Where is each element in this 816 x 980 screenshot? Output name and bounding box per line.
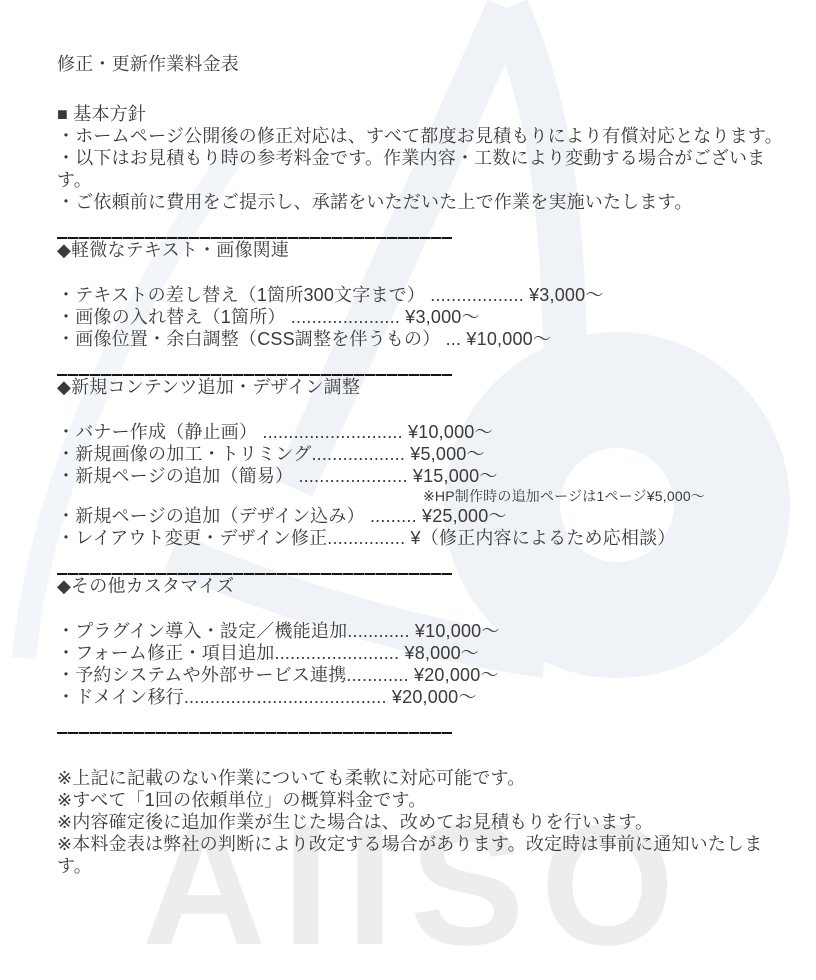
section-minor-text-image: ◆軽微なテキスト・画像関連 ・テキストの差し替え（1箇所300文字まで） ...… [57, 239, 796, 350]
price-item: ・画像位置・余白調整（CSS調整を伴うもの） ... ¥10,000～ [57, 328, 796, 350]
footer-note: ※すべて「1回の依頼単位」の概算料金です。 [57, 789, 796, 811]
footer-notes-section: ※上記に記載のない作業についても柔軟に対応可能です。 ※すべて「1回の依頼単位」… [57, 767, 796, 877]
policy-line: ・以下はお見積もり時の参考料金です。作業内容・工数により変動する場合がございます… [57, 147, 796, 191]
footer-note: ※内容確定後に追加作業が生じた場合は、改めてお見積もりを行います。 [57, 811, 796, 833]
document-content: 修正・更新作業料金表 ■ 基本方針 ・ホームページ公開後の修正対応は、すべて都度… [0, 0, 816, 877]
price-item: ・プラグイン導入・設定／機能追加............ ¥10,000～ [57, 620, 796, 642]
price-item: ・レイアウト変更・デザイン修正............... ¥（修正内容による… [57, 527, 796, 549]
price-list: ・プラグイン導入・設定／機能追加............ ¥10,000～ ・フ… [57, 620, 796, 708]
price-item: ・新規ページの追加（簡易） ..................... ¥15,… [57, 465, 796, 487]
section-heading: ◆新規コンテンツ追加・デザイン調整 [57, 376, 796, 398]
section-divider [57, 732, 452, 734]
section-other-customize: ◆その他カスタマイズ ・プラグイン導入・設定／機能追加............ … [57, 575, 796, 708]
price-item: ・新規ページの追加（デザイン込み） ......... ¥25,000～ [57, 505, 796, 527]
policy-line: ・ホームページ公開後の修正対応は、すべて都度お見積もりにより有償対応となります。 [57, 125, 796, 147]
policy-line: ・ご依頼前に費用をご提示し、承諾をいただいた上で作業を実施いたします。 [57, 191, 796, 213]
policy-section: ■ 基本方針 ・ホームページ公開後の修正対応は、すべて都度お見積もりにより有償対… [57, 103, 796, 213]
price-sheet-page: AIISO 修正・更新作業料金表 ■ 基本方針 ・ホームページ公開後の修正対応は… [0, 0, 816, 980]
policy-heading: ■ 基本方針 [57, 103, 796, 125]
price-item: ・バナー作成（静止画） ........................... … [57, 421, 796, 443]
price-item: ・テキストの差し替え（1箇所300文字まで） .................… [57, 284, 796, 306]
price-item: ・予約システムや外部サービス連携............ ¥20,000～ [57, 664, 796, 686]
price-list: ・テキストの差し替え（1箇所300文字まで） .................… [57, 284, 796, 350]
page-title: 修正・更新作業料金表 [57, 53, 796, 75]
price-item: ・新規画像の加工・トリミング.................. ¥5,000～ [57, 443, 796, 465]
section-heading: ◆軽微なテキスト・画像関連 [57, 239, 796, 261]
footer-note: ※上記に記載のない作業についても柔軟に対応可能です。 [57, 767, 796, 789]
section-heading: ◆その他カスタマイズ [57, 575, 796, 597]
price-item: ・画像の入れ替え（1箇所） ..................... ¥3,0… [57, 306, 796, 328]
price-list: ・バナー作成（静止画） ........................... … [57, 421, 796, 549]
section-new-content-design: ◆新規コンテンツ追加・デザイン調整 ・バナー作成（静止画） ..........… [57, 376, 796, 549]
price-item: ・フォーム修正・項目追加........................ ¥8,… [57, 642, 796, 664]
price-item: ・ドメイン移行.................................… [57, 686, 796, 708]
price-note: ※HP制作時の追加ページは1ページ¥5,000～ [423, 487, 796, 505]
footer-note: ※本料金表は弊社の判断により改定する場合があります。改定時は事前に通知いたします… [57, 833, 796, 877]
